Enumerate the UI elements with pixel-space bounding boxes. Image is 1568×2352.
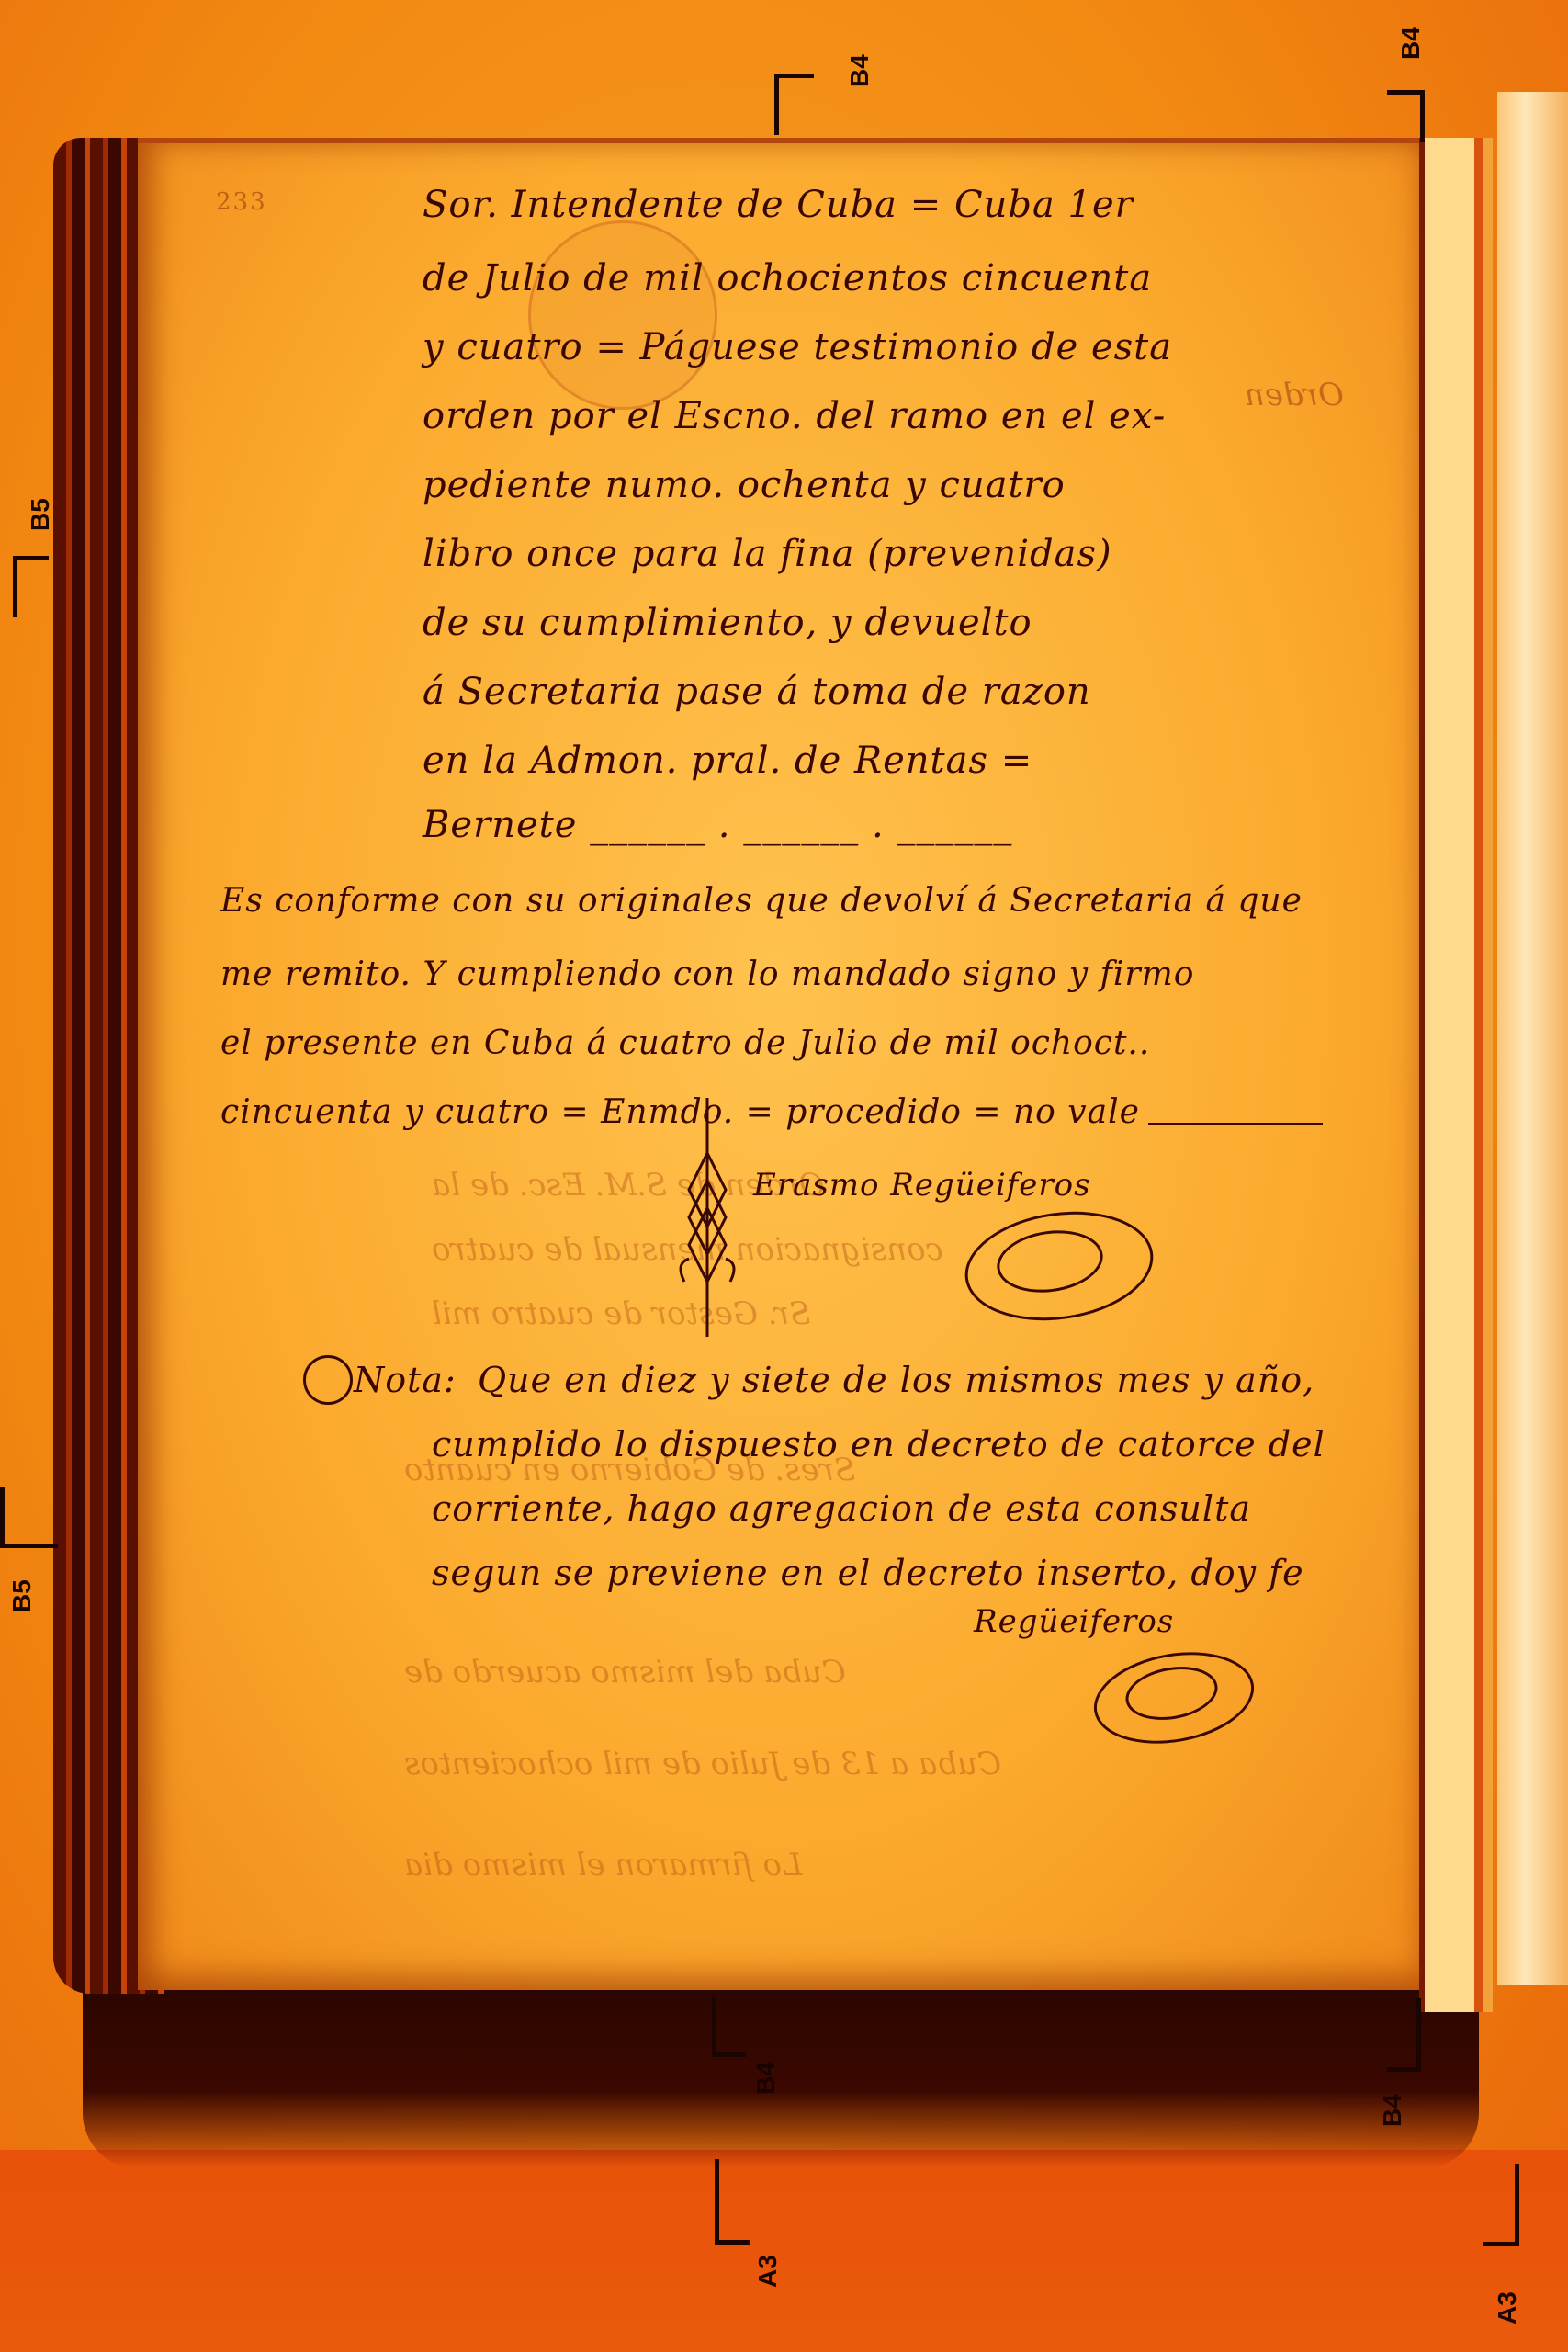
registration-bracket-bottom-right bbox=[1483, 2164, 1519, 2246]
certification-line: el presente en Cuba á cuatro de Julio de… bbox=[220, 1024, 1150, 1062]
nota-signature-name: Regüeiferos bbox=[974, 1603, 1174, 1640]
main-text-line: en la Admon. pral. de Rentas = bbox=[423, 740, 1032, 782]
main-text-line: orden por el Escno. del ramo en el ex- bbox=[423, 395, 1166, 437]
main-text-line: á Secretaria pase á toma de razon bbox=[423, 671, 1091, 713]
registration-label-left-upper: B5 bbox=[26, 498, 55, 531]
margin-note-bleed: Orden bbox=[1245, 377, 1344, 413]
registration-label-bottom-left-inner: B4 bbox=[751, 2062, 781, 2095]
bleed-through-line: Lo firmaron el mismo dia bbox=[404, 1847, 803, 1883]
registration-label-top-left: B4 bbox=[845, 54, 874, 87]
registration-label-bottom-right: A3 bbox=[1493, 2291, 1522, 2324]
main-text-line: libro once para la fina (prevenidas) bbox=[423, 533, 1112, 575]
main-text-line: Sor. Intendente de Cuba = Cuba 1er bbox=[423, 184, 1134, 226]
registration-label-left-lower: B5 bbox=[7, 1579, 37, 1612]
certification-line: me remito. Y cumpliendo con lo mandado s… bbox=[220, 955, 1194, 993]
nota-line: Que en diez y siete de los mismos mes y … bbox=[478, 1360, 1314, 1400]
nota-label: Nota: bbox=[354, 1360, 457, 1400]
main-text-signature: Bernete ______ . ______ . ______ bbox=[423, 804, 1012, 846]
registration-bracket-bottom-right-inner bbox=[1387, 1998, 1421, 2072]
registration-bracket-left-upper bbox=[13, 556, 49, 617]
bleed-through-line: Sr. Gestor de cuatro mil bbox=[432, 1295, 810, 1332]
main-text-line: de su cumplimiento, y devuelto bbox=[423, 602, 1032, 644]
nota-line: cumplido lo dispuesto en decreto de cato… bbox=[432, 1424, 1325, 1464]
background-surface bbox=[0, 2150, 1568, 2352]
book-spine bbox=[1419, 138, 1493, 2012]
registration-label-bottom-right-inner: B4 bbox=[1378, 2094, 1407, 2127]
registration-bracket-left-lower bbox=[0, 1487, 58, 1548]
closing-rule bbox=[1148, 1123, 1323, 1125]
page-number: 233 bbox=[216, 188, 267, 216]
bleed-through-line: Cuba a 13 de Julio de mil ochocientos bbox=[404, 1746, 1001, 1782]
registration-bracket-bottom-left bbox=[715, 2159, 750, 2245]
adjacent-page bbox=[1497, 92, 1568, 1984]
registration-bracket-top-left bbox=[774, 73, 814, 135]
main-text-line: y cuatro = Páguese testimonio de esta bbox=[423, 326, 1172, 368]
notary-sign-icon bbox=[675, 1098, 739, 1337]
faded-seal-stamp bbox=[528, 220, 717, 410]
registration-label-top-right: B4 bbox=[1396, 27, 1426, 60]
main-text-line: pediente numo. ochenta y cuatro bbox=[423, 464, 1066, 506]
certification-signature-name: Erasmo Regüeiferos bbox=[753, 1167, 1091, 1204]
certification-line: Es conforme con su originales que devolv… bbox=[220, 882, 1303, 920]
main-text-line: de Julio de mil ochocientos cincuenta bbox=[423, 257, 1152, 300]
registration-bracket-bottom-left-inner bbox=[712, 1996, 746, 2057]
registration-label-bottom-left: A3 bbox=[753, 2255, 783, 2288]
registration-bracket-top-right bbox=[1387, 90, 1425, 142]
nota-initial-flourish-icon bbox=[303, 1355, 353, 1405]
nota-line: segun se previene en el decreto inserto,… bbox=[432, 1553, 1304, 1593]
book-shadow bbox=[83, 1975, 1479, 2168]
nota-line: corriente, hago agregacion de esta consu… bbox=[432, 1488, 1251, 1529]
bleed-through-line: Cuba del mismo acuerdo de bbox=[404, 1654, 846, 1690]
